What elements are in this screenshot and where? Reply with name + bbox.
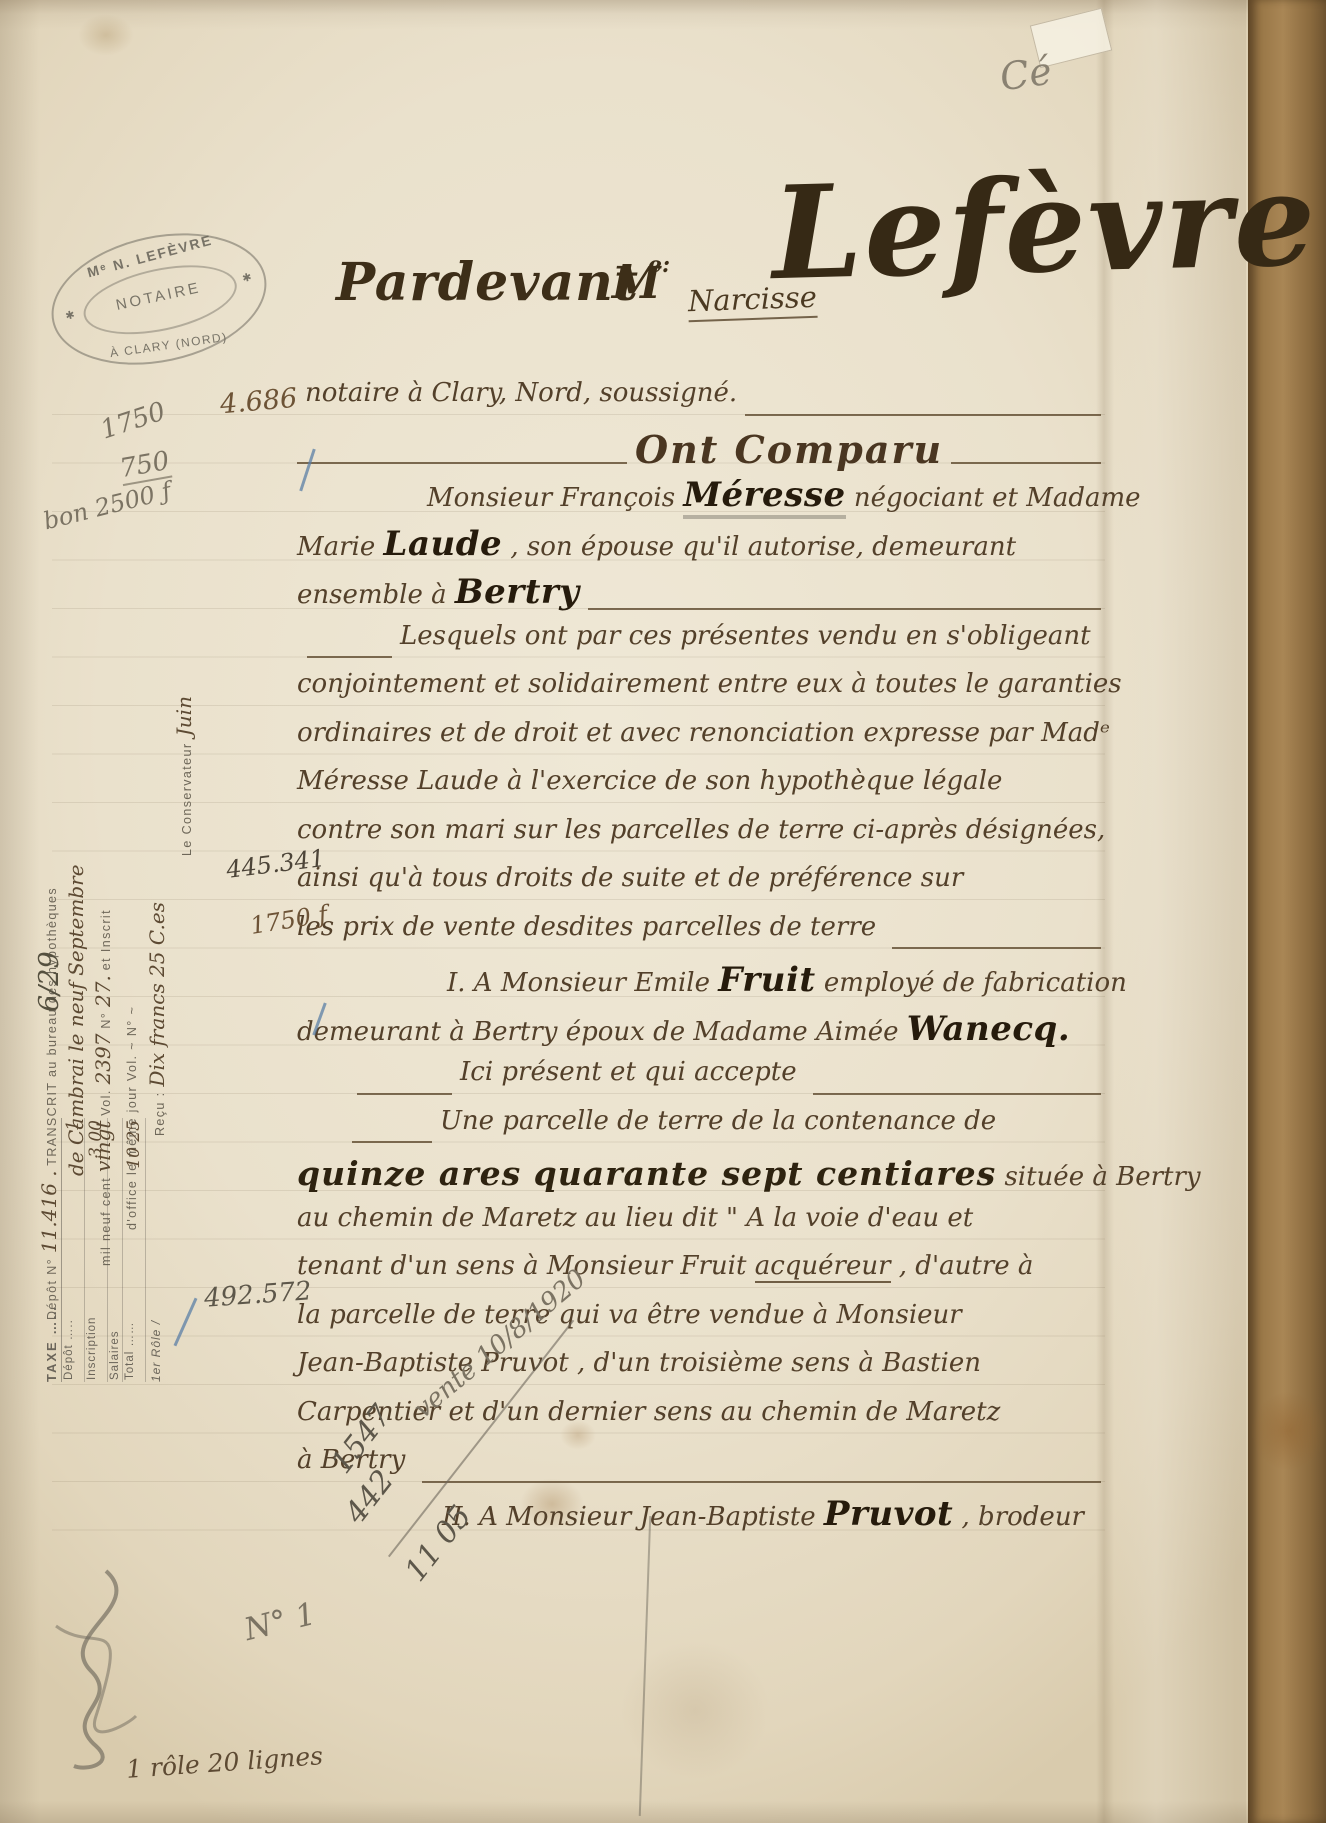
deed-text-segment: notaire à Clary, Nord, soussigné. [305,378,737,408]
deed-line: contre son mari sur les parcelles de ter… [297,815,1109,864]
fee-table-title: TAXE …… [44,1118,62,1382]
deed-text-segment: Monsieur François [427,483,683,513]
handwritten-fill-text: 27. [91,975,115,1007]
scanned-notarial-deed: { "stamp": { "line1": "Mᵉ N. LEFÈVRE", "… [0,0,1326,1823]
fee-row-value: 3 00 [86,1120,106,1158]
deed-text-segment: ordinaires et de droit et avec renonciat… [297,718,1110,748]
deed-line: Méresse Laude à l'exercice de son hypoth… [297,766,1109,815]
handwritten-rule [297,462,627,464]
deed-text-segment: Carpentier et d'un dernier sens au chemi… [297,1397,1000,1427]
handwritten-rule [951,462,1101,464]
deed-line: Lesquels ont par ces présentes vendu en … [297,621,1109,670]
deed-text-segment: demeurant à Bertry époux de Madame Aimée [297,1017,907,1047]
deed-line: ensemble à Bertry [297,572,1109,621]
handwritten-fill-text: Juin [172,696,196,743]
deed-line: à Bertry [297,1445,1109,1494]
handwritten-rule [892,947,1101,949]
fee-table-row: Total ……10 25 [123,1118,146,1382]
fee-table: TAXE …… Dépôt …..1Inscription3 00Salaire… [44,1118,163,1382]
printed-stamp-text: N° [99,1007,113,1034]
deed-line: Ici présent et qui accepte [297,1057,1109,1106]
fee-row-label: Dépôt ….. [63,1319,83,1380]
deed-text-segment: Ont Comparu [635,427,943,472]
deed-text-segment: contre son mari sur les parcelles de ter… [297,815,1105,845]
deed-text-segment: Laude [384,524,503,564]
paraph-flourish [36,1566,206,1776]
deed-text-segment: , d'autre à [891,1251,1034,1281]
deed-text-segment: Fruit [718,960,815,1000]
deed-text-segment: tenant d'un sens à Monsieur Fruit [297,1251,755,1281]
deed-line: la parcelle de terre qui va être vendue … [297,1300,1109,1349]
deed-line: les prix de vente desdites parcelles de … [297,912,1109,961]
title-maitre-superscript: e: [648,252,670,278]
handwritten-rule [588,608,1101,610]
deed-text-segment: Jean-Baptiste Pruvot , d'un troisième se… [297,1348,981,1378]
deed-text-segment: ainsi qu'à tous droits de suite et de pr… [297,863,963,893]
deed-text-segment: Une parcelle de terre de la contenance d… [440,1106,996,1136]
deed-text-segment: la parcelle de terre qui va être vendue … [297,1300,962,1330]
handwritten-fill-text: Dix francs 25 C.es [145,902,169,1087]
title-pardevant: Pardevant [336,252,639,313]
deed-text-segment: I. A Monsieur Emile [447,968,718,998]
fee-row-label: Total …… [124,1322,144,1381]
handwritten-rule [745,414,1101,416]
deed-line: conjointement et solidairement entre eux… [297,669,1109,718]
handwritten-rule [813,1093,1101,1095]
deed-text-segment: quinze ares quarante sept centiares [297,1154,996,1193]
registration-side-number: 6/29 [34,951,65,1012]
fee-row-value: 10 25 [124,1120,144,1169]
deed-text-segment: Ici présent et qui accepte [460,1057,805,1087]
registration-line: Le Conservateur Juin [171,606,198,1326]
deed-line: au chemin de Maretz au lieu dit " A la v… [297,1203,1109,1252]
deed-line: demeurant à Bertry époux de Madame Aimée… [297,1009,1109,1058]
deed-text-segment: , son épouse qu'il autorise, demeurant [502,532,1016,562]
title-surname-calligraphy: Lefèvre [770,145,1319,309]
deed-line: Marie Laude , son épouse qu'il autorise,… [297,524,1109,573]
deed-text-segment: Lesquels ont par ces présentes vendu en … [400,621,1091,651]
deed-body-text: notaire à Clary, Nord, soussigné.Ont Com… [297,378,1109,1542]
fee-table-row: Dépôt …..1 [62,1118,85,1382]
deed-line: Ont Comparu [297,427,1109,476]
deed-text-segment: les prix de vente desdites parcelles de … [297,912,884,942]
printed-stamp-text: et Inscrit [99,909,113,975]
deed-text-segment: , brodeur [953,1502,1084,1532]
deed-line: Monsieur François Méresse négociant et M… [297,475,1109,524]
deed-line: tenant d'un sens à Monsieur Fruit acquér… [297,1251,1109,1300]
fee-row-label: Salaires [109,1330,121,1380]
deed-text-segment: Méresse Laude à l'exercice de son hypoth… [297,766,1002,796]
deed-text-segment: Méresse [683,475,845,519]
corner-pencil-note: Cé [997,49,1054,100]
deed-text-segment: ensemble à [297,580,455,610]
deed-line: ordinaires et de droit et avec renonciat… [297,718,1109,767]
deed-text-segment: située à Bertry [996,1162,1200,1192]
handwritten-fill-text: 2397 [91,1034,115,1085]
handwritten-rule [357,1093,452,1095]
fee-table-row: Salaires [108,1118,123,1382]
printed-stamp-text: Vol. [99,1084,113,1120]
deed-text-segment: au chemin de Maretz au lieu dit " A la v… [297,1203,973,1233]
deed-text-segment: II. A Monsieur Jean-Baptiste [442,1502,824,1532]
fee-row-label: Inscription [86,1317,106,1380]
fee-table-footer: 1er Rôle / [146,1118,163,1382]
deed-line: I. A Monsieur Emile Fruit employé de fab… [297,960,1109,1009]
deed-text-segment: employé de fabrication [816,968,1127,998]
fee-row-value: 1 [63,1120,83,1131]
deed-text-segment: acquéreur [755,1251,891,1283]
deed-text-segment: conjointement et solidairement entre eux… [297,669,1122,699]
deed-text-segment: Marie [297,532,384,562]
deed-text-segment: Pruvot [824,1494,953,1534]
deed-line: quinze ares quarante sept centiares situ… [297,1154,1109,1203]
deed-text-segment: négociant et Madame [846,483,1141,513]
deed-line: ainsi qu'à tous droits de suite et de pr… [297,863,1109,912]
deed-line: Une parcelle de terre de la contenance d… [297,1106,1109,1155]
handwritten-rule [307,656,392,658]
printed-stamp-text: Le Conservateur [180,743,194,856]
fee-table-rows: Dépôt …..1Inscription3 00SalairesTotal …… [62,1118,146,1382]
handwritten-rule [352,1141,432,1143]
deed-line: notaire à Clary, Nord, soussigné. [297,378,1109,427]
fee-table-row: Inscription3 00 [85,1118,108,1382]
deed-text-segment: Bertry [455,572,580,612]
deed-line: Jean-Baptiste Pruvot , d'un troisième se… [297,1348,1109,1397]
deed-text-segment: Wanecq. [907,1009,1070,1049]
handwritten-rule [422,1481,1101,1483]
